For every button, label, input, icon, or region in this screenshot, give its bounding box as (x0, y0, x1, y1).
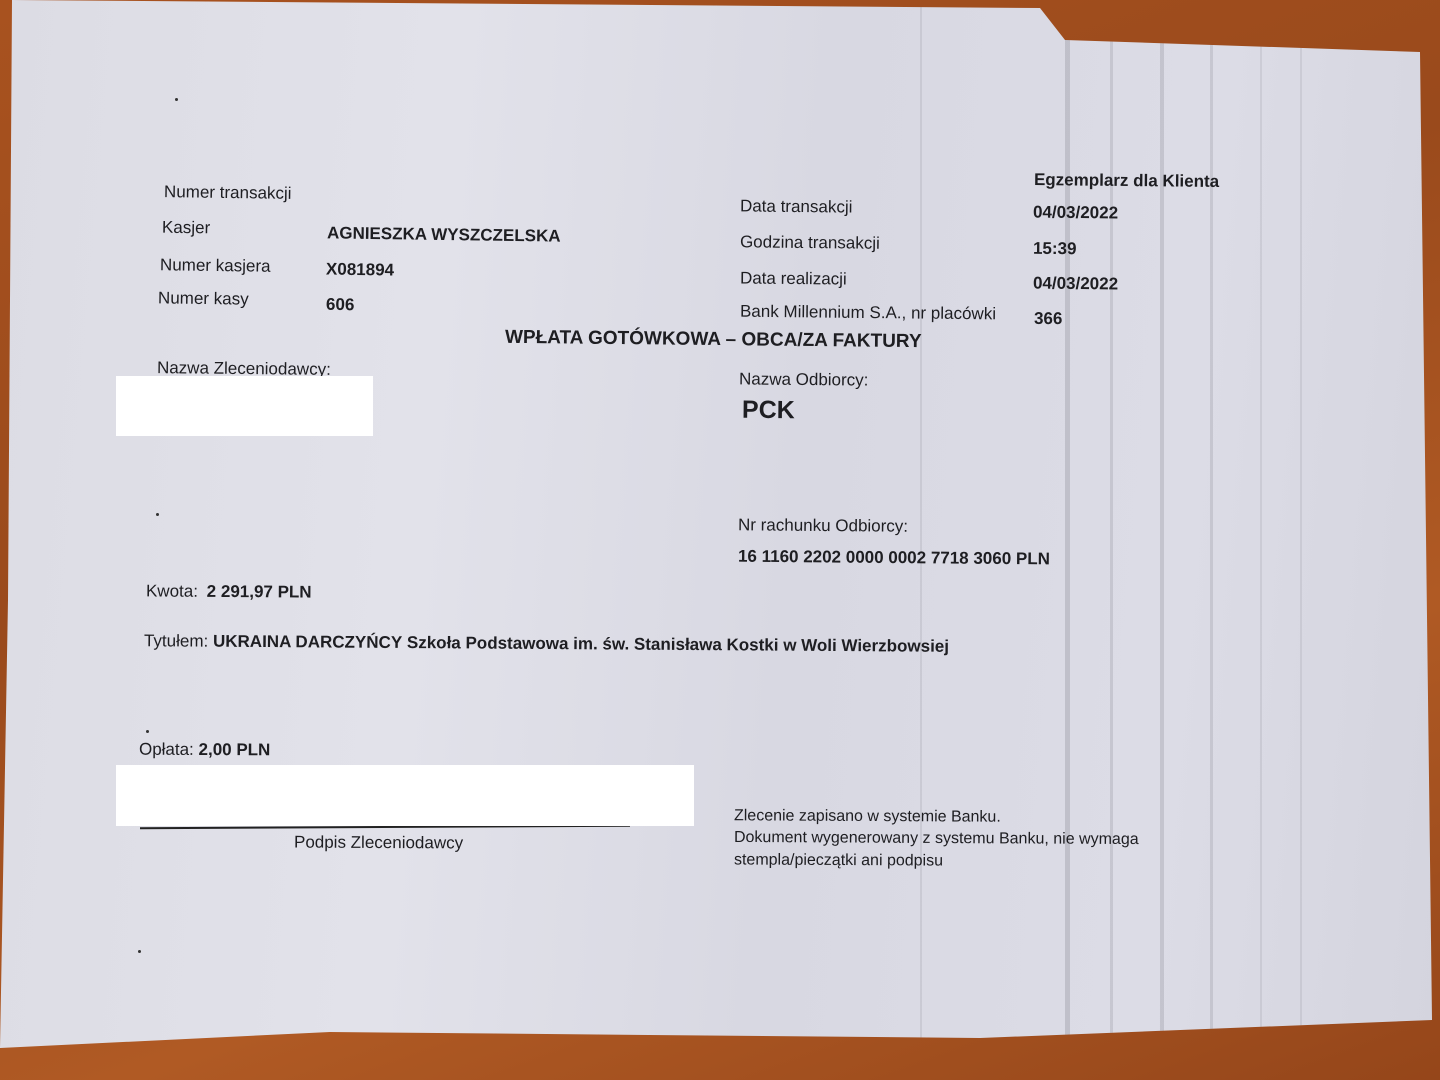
cashier-value: AGNIESZKA WYSZCZELSKA (327, 223, 561, 246)
payment-title-rest: Szkoła Podstawowa im. św. Stanisława Kos… (407, 633, 949, 656)
fee-label: Opłata: (139, 740, 194, 759)
execution-date-value: 04/03/2022 (1033, 274, 1118, 295)
recipient-label: Nazwa Odbiorcy: (739, 369, 869, 390)
till-number-value: 606 (326, 295, 355, 315)
footer-note-2: Dokument wygenerowany z systemu Banku, n… (734, 829, 1139, 849)
cashier-number-value: X081894 (326, 260, 394, 281)
recipient-value: PCK (742, 396, 795, 425)
account-value: 16 1160 2202 0000 0002 7718 3060 PLN (738, 547, 1050, 570)
payment-title-main: UKRAINA DARCZYŃCY (213, 632, 402, 652)
cashier-label: Kasjer (162, 218, 210, 239)
payer-redaction (116, 376, 373, 436)
document-title: WPŁATA GOTÓWKOWA – OBCA/ZA FAKTURY (505, 327, 922, 353)
execution-date-label: Data realizacji (740, 268, 847, 289)
fee-value: 2,00 PLN (198, 740, 270, 759)
footer-note-3: stempla/pieczątki ani podpisu (734, 851, 943, 870)
paper-sheet (0, 0, 1440, 1080)
speck (146, 730, 149, 733)
amount-label: Kwota: (146, 581, 198, 600)
fee-row: Opłata: 2,00 PLN (139, 740, 270, 761)
speck (175, 98, 178, 101)
copy-label: Egzemplarz dla Klienta (1034, 170, 1219, 192)
speck (156, 513, 159, 516)
transaction-date-value: 04/03/2022 (1033, 203, 1118, 224)
speck (138, 950, 141, 953)
cashier-number-label: Numer kasjera (160, 255, 271, 277)
transaction-number-label: Numer transakcji (164, 182, 292, 204)
transaction-date-label: Data transakcji (740, 196, 853, 217)
payment-title-label: Tytułem: (144, 631, 208, 650)
branch-value: 366 (1034, 309, 1063, 329)
branch-label: Bank Millennium S.A., nr placówki (740, 302, 996, 325)
transaction-time-value: 15:39 (1033, 239, 1077, 259)
signature-redaction (116, 765, 694, 826)
amount-row: Kwota: 2 291,97 PLN (146, 581, 312, 602)
signature-label: Podpis Zleceniodawcy (294, 833, 463, 854)
transaction-time-label: Godzina transakcji (740, 232, 880, 253)
amount-value: 2 291,97 PLN (207, 582, 312, 602)
till-number-label: Numer kasy (158, 288, 249, 309)
account-label: Nr rachunku Odbiorcy: (738, 515, 908, 536)
footer-note-1: Zlecenie zapisano w systemie Banku. (734, 807, 1001, 826)
